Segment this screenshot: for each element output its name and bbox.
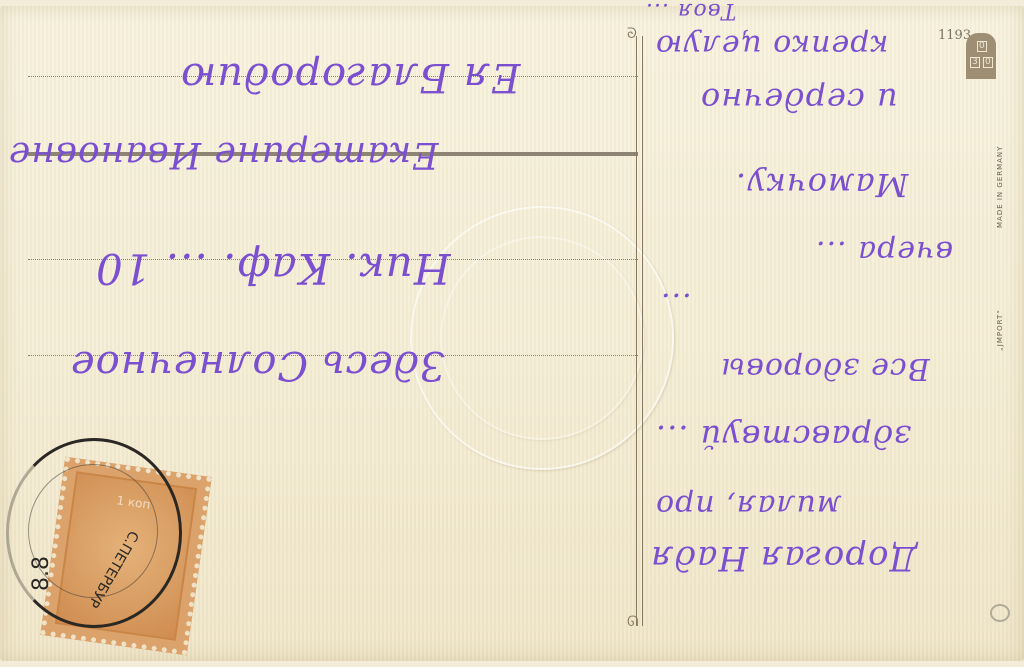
postmark-date: 8.8 xyxy=(29,556,54,591)
address-line-1: Здесь Солнечное xyxy=(70,342,445,388)
divider-curl-bottom: ᘏ xyxy=(627,614,639,630)
corner-mark xyxy=(990,604,1010,622)
address-line-2: Ник. Каф. ... 10 xyxy=(95,244,450,293)
postcard-back: ᘐ ᘏ Здесь Солнечное Ник. Каф. ... 10 Ея … xyxy=(0,6,1024,661)
divider-curl-top: ᘐ xyxy=(627,26,637,42)
message-line-9: крепко целую xyxy=(655,28,888,63)
logo-digit: 3 xyxy=(970,57,980,68)
message-line-8: и сердечно xyxy=(700,81,898,119)
address-line-4: Екатерине Ивановне xyxy=(8,134,439,175)
made-in-germany-text: MADE IN GERMANY xyxy=(996,146,1004,228)
import-mark-text: „JMPORT“ xyxy=(996,309,1004,351)
message-line-6: вчера ... xyxy=(815,234,953,269)
address-line-3: Ея Благородию xyxy=(180,54,520,100)
message-line-4: Все здоровы xyxy=(720,351,930,386)
message-line-7: Мамочку. xyxy=(735,166,908,204)
message-line-1: Дорогая Надя xyxy=(650,538,917,578)
message-line-3: здравствуй ... xyxy=(655,418,912,456)
card-divider xyxy=(636,36,643,626)
message-line-2: милая, про xyxy=(655,488,842,523)
message-line-10: Твоя ... xyxy=(645,0,736,23)
logo-digit: 0 xyxy=(977,41,987,52)
logo-digit: 0 xyxy=(983,57,993,68)
message-line-5: ... xyxy=(660,286,692,321)
publisher-logo: 0 3 0 xyxy=(966,33,996,79)
embossed-ring-inner xyxy=(440,236,644,440)
